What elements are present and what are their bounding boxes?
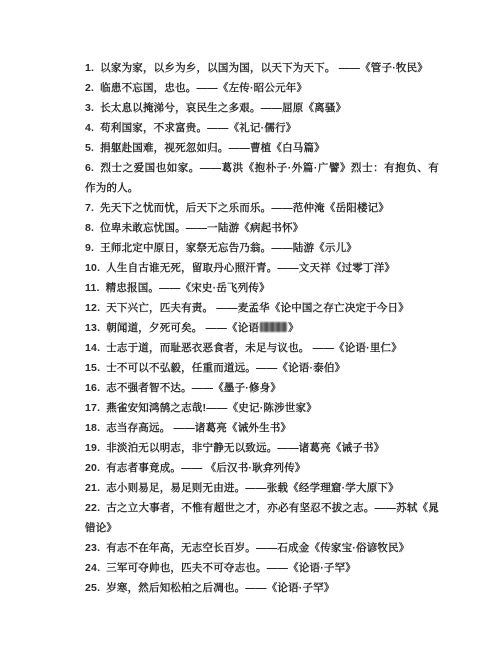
- item-number: 5.: [85, 142, 94, 154]
- item-number: 24.: [85, 562, 100, 574]
- quote-text: 古之立大事者，不惟有超世之才，亦必有坚忍不拔之志。——苏轼《晁错论》: [85, 502, 439, 534]
- item-number: 17.: [85, 402, 100, 414]
- quote-text: 有志者事竟成。—— 《后汉书·耿弇列传》: [106, 462, 305, 474]
- quote-item: 3.长太息以掩涕兮，哀民生之多艰。——屈原《离骚》: [85, 98, 439, 118]
- quote-item: 13.朝闻道，夕死可矣。 ——《论语》: [85, 318, 439, 338]
- quote-item: 6.烈士之爱国也如家。——葛洪《抱朴子·外篇·广譬》烈士：有抱负、有作为的人。: [85, 158, 439, 198]
- quote-text: 有志不在年高，无志空长百岁。——石成金《传家宝·俗谚牧民》: [106, 542, 409, 554]
- quote-text: 朝闻道，夕死可矣。 ——《论语: [106, 322, 259, 334]
- quote-item: 24.三军可夺帅也，匹夫不可夺志也。——《论语·子罕》: [85, 558, 439, 578]
- document-page: 1.以家为家，以乡为乡，以国为国，以天下为天下。 ——《管子·牧民》 2.临患不…: [0, 0, 500, 654]
- quote-list: 1.以家为家，以乡为乡，以国为国，以天下为天下。 ——《管子·牧民》 2.临患不…: [85, 58, 500, 598]
- quote-item: 8.位卑未敢忘忧国。——一陆游《病起书怀》: [85, 218, 439, 238]
- item-number: 8.: [85, 222, 94, 234]
- quote-text: 位卑未敢忘忧国。——一陆游《病起书怀》: [100, 222, 303, 234]
- item-number: 10.: [85, 262, 100, 274]
- quote-text: 人生自古谁无死，留取丹心照汗青。——文天祥《过零丁洋》: [106, 262, 395, 274]
- quote-item: 19.非淡泊无以明志，非宁静无以致远。——诸葛亮《诫子书》: [85, 438, 439, 458]
- quote-text: 捐躯赴国难，视死忽如归。——曹植《白马篇》: [100, 142, 325, 154]
- quote-text: 三军可夺帅也，匹夫不可夺志也。——《论语·子罕》: [106, 562, 356, 574]
- quote-item: 12.天下兴亡，匹夫有责。 ——麦孟华《论中国之存亡决定于今日》: [85, 298, 439, 318]
- quote-item: 15.士不可以不弘毅，任重而道远。——《论语·泰伯》: [85, 358, 439, 378]
- quote-item: 16.志不强者智不达。——《墨子·修身》: [85, 378, 439, 398]
- quote-text: 精忠报国。——《宋史·岳飞列传》: [106, 282, 270, 294]
- quote-item: 18.志当存高远。 ——诸葛亮《诫外生书》: [85, 418, 439, 438]
- quote-item: 1.以家为家，以乡为乡，以国为国，以天下为天下。 ——《管子·牧民》: [85, 58, 439, 78]
- quote-item: 14.士志于道，而耻恶衣恶食者，未足与议也。 ——《论语·里仁》: [85, 338, 439, 358]
- quote-text: 志小则易足，易足则无由进。——张载《经学理窟·学大原下》: [106, 482, 399, 494]
- item-number: 18.: [85, 422, 100, 434]
- item-number: 13.: [85, 322, 100, 334]
- quote-item: 21.志小则易足，易足则无由进。——张载《经学理窟·学大原下》: [85, 478, 439, 498]
- quote-text: 燕雀安知鸿鹄之志哉!——《史记·陈涉世家》: [106, 402, 317, 414]
- item-number: 3.: [85, 102, 94, 114]
- item-number: 21.: [85, 482, 100, 494]
- quote-item: 5.捐躯赴国难，视死忽如归。——曹植《白马篇》: [85, 138, 439, 158]
- quote-text: 志当存高远。 ——诸葛亮《诫外生书》: [106, 422, 291, 434]
- item-number: 1.: [85, 62, 94, 74]
- quote-item: 22.古之立大事者，不惟有超世之才，亦必有坚忍不拔之志。——苏轼《晁错论》: [85, 498, 439, 538]
- quote-text: 士志于道，而耻恶衣恶食者，未足与议也。 ——《论语·里仁》: [106, 342, 402, 354]
- item-number: 11.: [85, 282, 100, 294]
- quote-item: 10.人生自古谁无死，留取丹心照汗青。——文天祥《过零丁洋》: [85, 258, 439, 278]
- item-number: 19.: [85, 442, 100, 454]
- item-number: 15.: [85, 362, 100, 374]
- censored-blob: [260, 322, 287, 332]
- item-number: 4.: [85, 122, 94, 134]
- quote-item: 25.岁寒，然后知松柏之后凋也。——《论语·子罕》: [85, 578, 439, 598]
- quote-item: 2.临患不忘国，忠也。——《左传·昭公元年》: [85, 78, 439, 98]
- item-number: 20.: [85, 462, 100, 474]
- quote-text: 岁寒，然后知松柏之后凋也。——《论语·子罕》: [106, 582, 334, 594]
- item-number: 9.: [85, 242, 94, 254]
- quote-text: 天下兴亡，匹夫有责。 ——麦孟华《论中国之存亡决定于今日》: [106, 302, 409, 314]
- quote-item: 11.精忠报国。——《宋史·岳飞列传》: [85, 278, 439, 298]
- quote-text: 先天下之忧而忧，后天下之乐而乐。——范仲淹《岳阳楼记》: [100, 202, 389, 214]
- quote-text: 以家为家，以乡为乡，以国为国，以天下为天下。 ——《管子·牧民》: [100, 62, 428, 74]
- item-number: 25.: [85, 582, 100, 594]
- item-number: 22.: [85, 502, 100, 514]
- quote-text: 非淡泊无以明志，非宁静无以致远。——诸葛亮《诫子书》: [106, 442, 384, 454]
- quote-text: 苟利国家，不求富贵。——《礼记·儒行》: [100, 122, 296, 134]
- quote-item: 4.苟利国家，不求富贵。——《礼记·儒行》: [85, 118, 439, 138]
- quote-text: 长太息以掩涕兮，哀民生之多艰。——屈原《离骚》: [100, 102, 346, 114]
- quote-item: 17.燕雀安知鸿鹄之志哉!——《史记·陈涉世家》: [85, 398, 439, 418]
- quote-text: 志不强者智不达。——《墨子·修身》: [106, 382, 281, 394]
- quote-item: 23.有志不在年高，无志空长百岁。——石成金《传家宝·俗谚牧民》: [85, 538, 439, 558]
- item-number: 7.: [85, 202, 94, 214]
- quote-text: 烈士之爱国也如家。——葛洪《抱朴子·外篇·广譬》烈士：有抱负、有作为的人。: [85, 162, 439, 194]
- quote-text: 王师北定中原日，家祭无忘告乃翁。——陆游《示儿》: [100, 242, 357, 254]
- item-number: 16.: [85, 382, 100, 394]
- quote-item: 9.王师北定中原日，家祭无忘告乃翁。——陆游《示儿》: [85, 238, 439, 258]
- item-number: 2.: [85, 82, 94, 94]
- quote-text: 临患不忘国，忠也。——《左传·昭公元年》: [100, 82, 307, 94]
- item-number: 6.: [85, 162, 94, 174]
- quote-item: 20.有志者事竟成。—— 《后汉书·耿弇列传》: [85, 458, 439, 478]
- item-number: 12.: [85, 302, 100, 314]
- quote-text: 士不可以不弘毅，任重而道远。——《论语·泰伯》: [106, 362, 345, 374]
- quote-text-after: 》: [288, 322, 299, 334]
- item-number: 23.: [85, 542, 100, 554]
- quote-item: 7.先天下之忧而忧，后天下之乐而乐。——范仲淹《岳阳楼记》: [85, 198, 439, 218]
- item-number: 14.: [85, 342, 100, 354]
